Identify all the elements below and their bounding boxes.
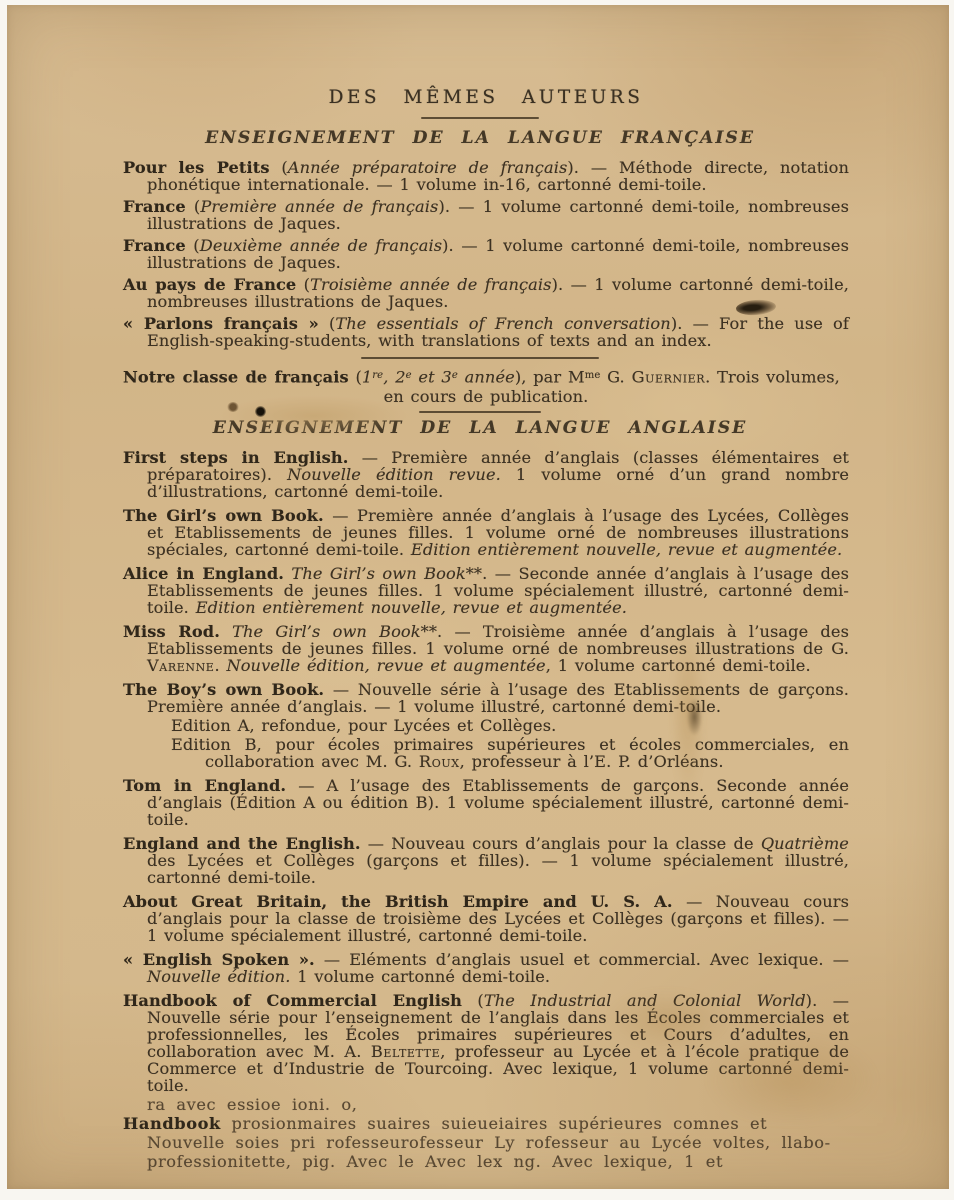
catalog-entry: Edition A, refondue, pour Lycées et Coll… <box>123 717 849 734</box>
entry-segment: Nouvelle soies pri rofesseurofesseur Ly … <box>147 1133 831 1152</box>
catalog-entry: Pour les Petits (Année préparatoire de f… <box>123 159 849 193</box>
catalog-entry: Handbook prosionmaires suaires suieueiai… <box>123 1115 849 1132</box>
title-divider <box>123 117 837 119</box>
catalog-entry: Alice in England. The Girl’s own Book**.… <box>123 565 849 616</box>
entry-segment: ), par M <box>515 368 585 387</box>
entry-segment: Edition A, refondue, pour Lycées et Coll… <box>171 716 556 735</box>
entry-segment: professionitette, pig. Avec le Avec lex … <box>147 1152 723 1171</box>
catalog-entry: The Girl’s own Book. — Première année d’… <box>123 507 849 558</box>
page-title: DES MÊMES AUTEURS <box>123 89 849 106</box>
entry-segment: . Trois volumes, <box>705 368 840 387</box>
entry-segment: ra avec essioe ioni. o, <box>147 1095 357 1114</box>
paper-stain <box>607 990 727 1050</box>
scanned-page: DES MÊMES AUTEURS ENSEIGNEMENT DE LA LAN… <box>0 0 954 1200</box>
paper-stain <box>707 1035 877 1125</box>
entry-segment: et 3 <box>412 368 452 387</box>
entry-segment: 1 volume cartonné demi-toile. <box>290 967 550 986</box>
paper-stain <box>219 395 409 437</box>
entries-francaise: Pour les Petits (Année préparatoire de f… <box>123 159 849 349</box>
paper-background: DES MÊMES AUTEURS ENSEIGNEMENT DE LA LAN… <box>7 5 949 1189</box>
mid-divider <box>123 357 837 359</box>
catalog-entry: Miss Rod. The Girl’s own Book**. — Trois… <box>123 623 849 674</box>
text-block: DES MÊMES AUTEURS ENSEIGNEMENT DE LA LAN… <box>123 5 849 1172</box>
ink-smudge <box>687 699 702 735</box>
divider-rule <box>361 357 599 359</box>
entry-segment: Nouvelle édition. <box>147 967 290 986</box>
entry-segment: Notre classe de français <box>123 368 349 387</box>
catalog-entry: Edition B, pour écoles primaires supérie… <box>123 736 849 770</box>
entries-francaise-suite: Notre classe de français (1re, 2e et 3e … <box>123 367 849 405</box>
entry-segment: en cours de publication. <box>384 387 589 406</box>
entry-segment: prosionmaires suaires suieueiaires supér… <box>221 1114 767 1133</box>
catalog-entry: The Boy’s own Book. — Nouvelle série à l… <box>123 681 849 715</box>
entry-segment: Roux <box>419 752 460 771</box>
entry-segment: G. <box>600 368 631 387</box>
catalog-entry: Tom in England. — A l’usage des Etabliss… <box>123 777 849 828</box>
small-divider <box>123 411 837 413</box>
catalog-entry: About Great Britain, the British Empire … <box>123 893 849 944</box>
catalog-entry: professionitette, pig. Avec le Avec lex … <box>123 1153 849 1170</box>
entry-segment: Handbook <box>123 1114 221 1133</box>
catalog-entry: « Parlons français » (The essentials of … <box>123 315 849 349</box>
entry-segment: me <box>585 370 601 381</box>
ink-dot <box>227 402 239 412</box>
entry-segment: , 2 <box>383 368 405 387</box>
entry-segment: re <box>372 370 383 381</box>
entry-segment: 1 <box>362 368 372 387</box>
entry-segment: Guernier <box>632 368 706 387</box>
entry-segment: Varenne <box>147 656 214 675</box>
entry-segment: Edition entièrement nouvelle, revue et a… <box>196 598 627 617</box>
catalog-entry: First steps in English. — Première année… <box>123 449 849 500</box>
entry-segment: Edition entièrement nouvelle, revue et a… <box>411 540 842 559</box>
catalog-entry: Notre classe de français (1re, 2e et 3e … <box>123 367 849 386</box>
divider-rule <box>421 117 539 119</box>
entry-segment: . <box>214 656 226 675</box>
entry-segment: des Lycées et Collèges (garçons et fille… <box>147 851 849 887</box>
catalog-entry: France (Deuxième année de français). — 1… <box>123 237 849 271</box>
catalog-entry: England and the English. — Nouveau cours… <box>123 835 849 886</box>
divider-rule <box>419 411 541 413</box>
entry-segment: Nouvelle édition, revue et augmentée <box>226 656 545 675</box>
ink-dot <box>255 406 266 417</box>
section-heading-francaise: ENSEIGNEMENT DE LA LANGUE FRANÇAISE <box>123 130 837 147</box>
entry-segment: ( <box>349 368 362 387</box>
entry-segment: année <box>458 368 515 387</box>
catalog-entry: France (Première année de français). — 1… <box>123 198 849 232</box>
catalog-entry: « English Spoken ». — Eléments d’anglais… <box>123 951 849 985</box>
catalog-entry: Nouvelle soies pri rofesseurofesseur Ly … <box>123 1134 849 1151</box>
